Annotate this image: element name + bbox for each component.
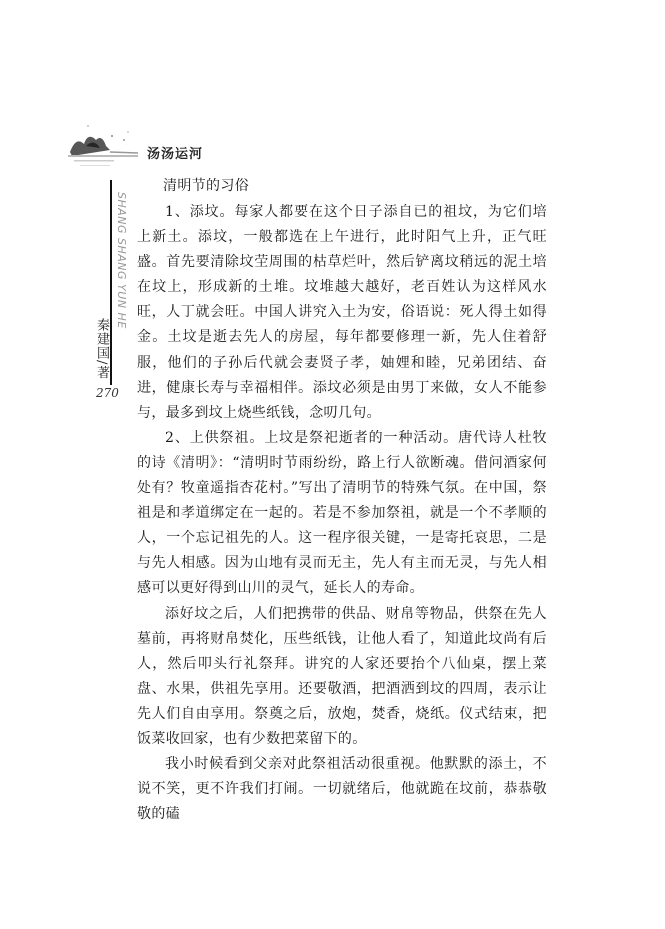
ink-landscape-icon xyxy=(66,122,144,172)
author-name: 秦建国/著 xyxy=(92,318,111,379)
paragraph: 2、上供祭祖。上坟是祭祀逝者的一种活动。唐代诗人杜牧的诗《清明》：“清明时节雨纷… xyxy=(137,426,547,602)
page-body: 清明节的习俗 1、添坟。每家人都要在这个日子添自已的祖坟，为它们培上新土。添坟，… xyxy=(137,174,547,827)
paragraph: 添好坟之后，人们把携带的供品、财帛等物品，供祭在先人墓前，再将财帛焚化，压些纸钱… xyxy=(137,602,547,753)
side-title-english: SHANG SHANG YUN HE xyxy=(115,192,128,329)
section-title: 清明节的习俗 xyxy=(137,174,547,199)
page-number: 270 xyxy=(96,386,119,400)
book-title: 汤汤运河 xyxy=(147,143,203,162)
paragraph: 我小时候看到父亲对此祭祖活动很重视。他默默的添土，不说不笑，更不许我们打闹。一切… xyxy=(137,752,547,827)
paragraph: 1、添坟。每家人都要在这个日子添自已的祖坟，为它们培上新土。添坟，一般都选在上午… xyxy=(137,200,547,426)
